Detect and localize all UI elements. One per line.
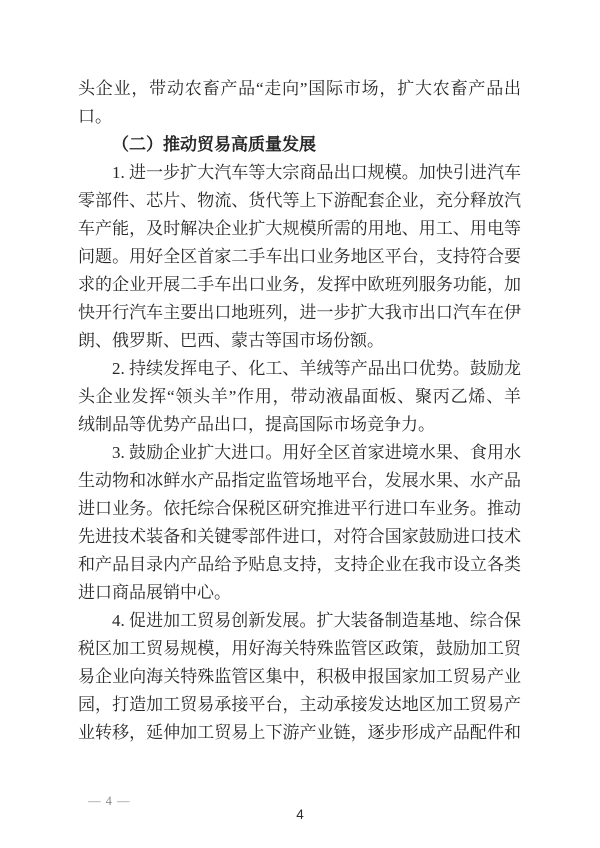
document-body: 头企业，带动农畜产品“走向”国际市场，扩大农畜产品出 口。 （二）推动贸易高质量…: [78, 75, 521, 747]
text-line: 和产品目录内产品给予贴息支持，支持企业在我市设立各类: [78, 551, 521, 579]
viewer-page-number: 4: [0, 807, 600, 822]
text-line: 问题。用好全区首家二手车出口业务地区平台，支持符合要: [78, 243, 521, 271]
text-line: 快开行汽车主要出口地班列，进一步扩大我市出口汽车在伊: [78, 299, 521, 327]
text-line: 朗、俄罗斯、巴西、蒙古等国市场份额。: [78, 327, 521, 355]
text-line: 业转移，延伸加工贸易上下游产业链，逐步形成产品配件和: [78, 719, 521, 747]
text-line: 易企业向海关特殊监管区集中，积极申报国家加工贸易产业: [78, 663, 521, 691]
text-line: 车产能，及时解决企业扩大规模所需的用地、用工、用电等: [78, 215, 521, 243]
document-page: 头企业，带动农畜产品“走向”国际市场，扩大农畜产品出 口。 （二）推动贸易高质量…: [0, 0, 600, 848]
text-line: 2. 持续发挥电子、化工、羊绒等产品出口优势。鼓励龙: [78, 355, 521, 383]
text-line: 4. 促进加工贸易创新发展。扩大装备制造基地、综合保: [78, 607, 521, 635]
text-line: 进口商品展销中心。: [78, 579, 521, 607]
text-line: 头企业，带动农畜产品“走向”国际市场，扩大农畜产品出: [78, 75, 521, 103]
text-line: 绒制品等优势产品出口，提高国际市场竞争力。: [78, 411, 521, 439]
text-line: 零部件、芯片、物流、货代等上下游配套企业，充分释放汽: [78, 187, 521, 215]
text-line: 头企业发挥“领头羊”作用，带动液晶面板、聚丙乙烯、羊: [78, 383, 521, 411]
text-line: 求的企业开展二手车出口业务，发挥中欧班列服务功能，加: [78, 271, 521, 299]
text-line: 3. 鼓励企业扩大进口。用好全区首家进境水果、食用水: [78, 439, 521, 467]
text-line: 进口业务。依托综合保税区研究推进平行进口车业务。推动: [78, 495, 521, 523]
text-line: 1. 进一步扩大汽车等大宗商品出口规模。加快引进汽车: [78, 159, 521, 187]
text-line: 园，打造加工贸易承接平台，主动承接发达地区加工贸易产: [78, 691, 521, 719]
text-line: 税区加工贸易规模，用好海关特殊监管区政策，鼓励加工贸: [78, 635, 521, 663]
section-heading: （二）推动贸易高质量发展: [78, 131, 521, 159]
text-line: 口。: [78, 103, 521, 131]
text-line: 先进技术装备和关键零部件进口，对符合国家鼓励进口技术: [78, 523, 521, 551]
text-line: 生动物和冰鲜水产品指定监管场地平台，发展水果、水产品: [78, 467, 521, 495]
